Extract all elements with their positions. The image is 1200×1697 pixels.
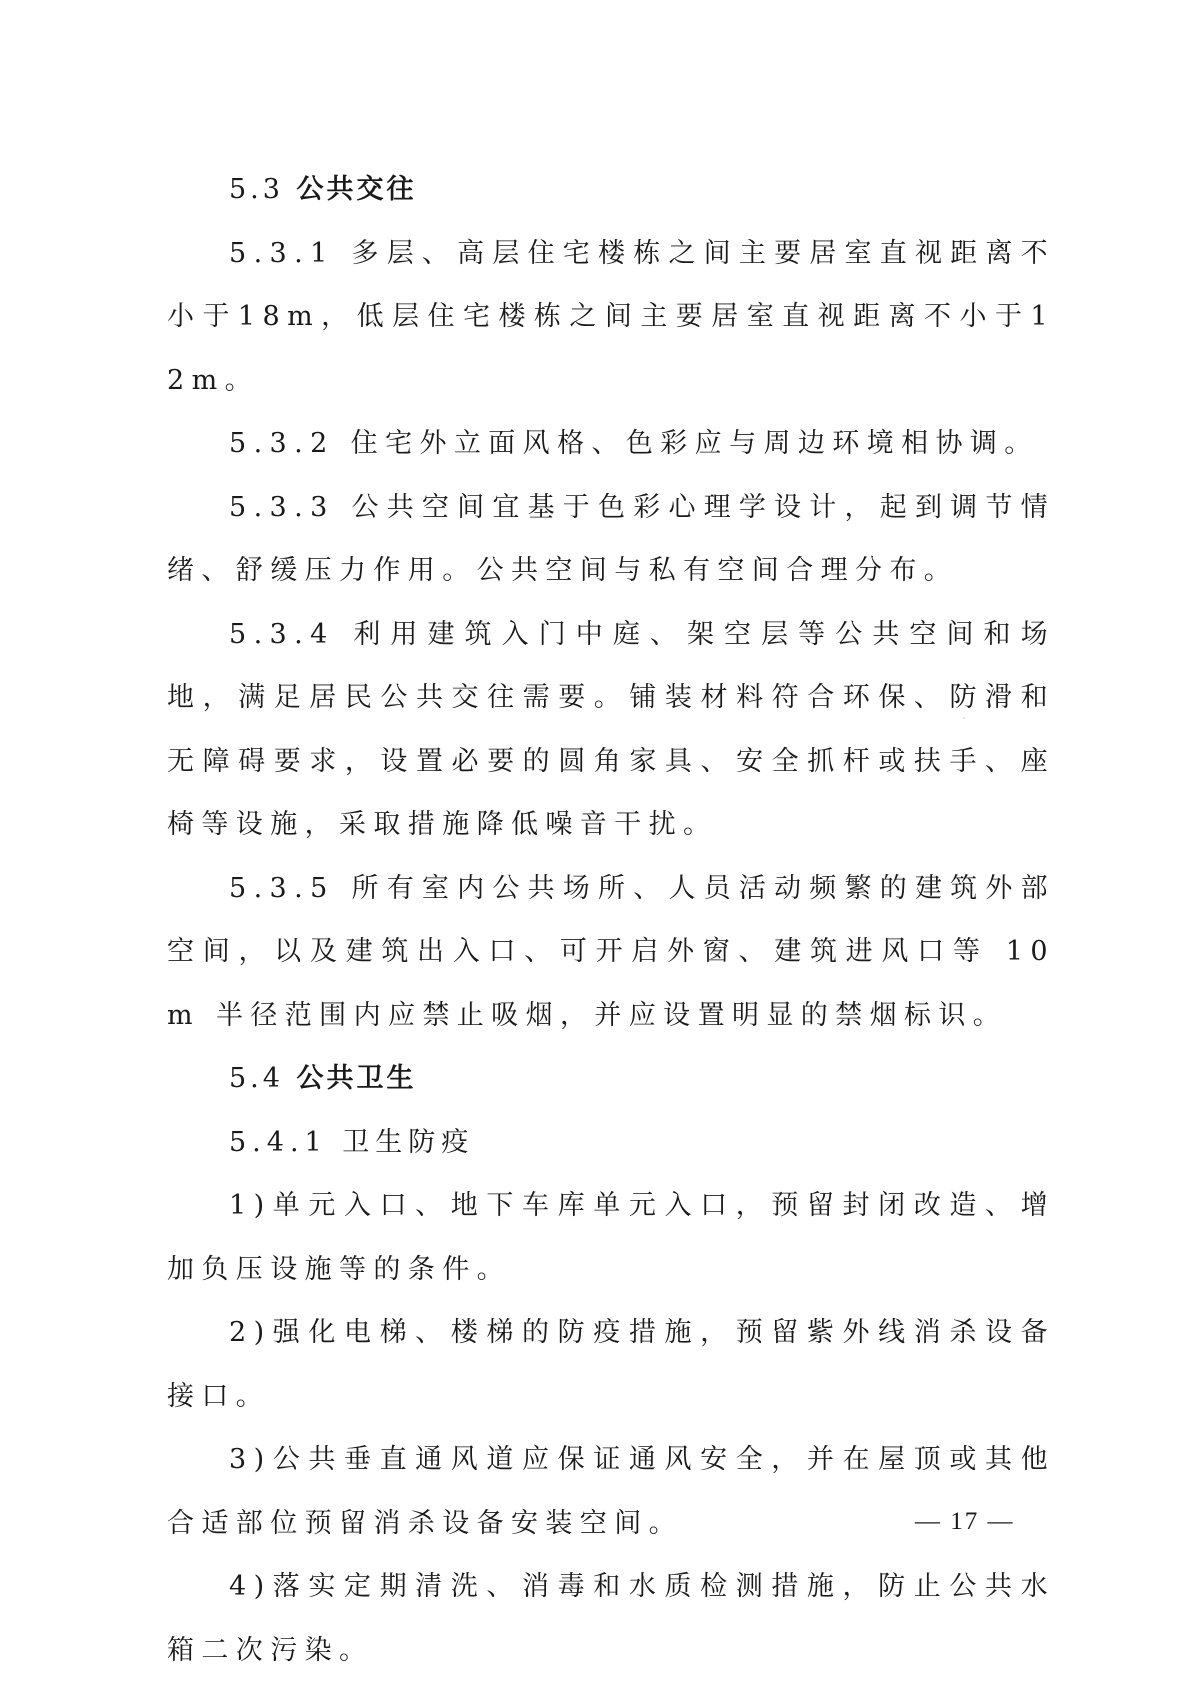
clause-5-3-1: 5.3.1 多层、高层住宅楼栋之间主要居室直视距离不小于18m，低层住宅楼栋之间… bbox=[167, 222, 1055, 413]
scan-speck bbox=[963, 717, 965, 719]
section-heading-5-3: 5.3 公共交往 bbox=[167, 158, 1055, 222]
list-item-2: 2)强化电梯、楼梯的防疫措施，预留紫外线消杀设备接口。 bbox=[167, 1301, 1055, 1428]
clause-5-3-4: 5.3.4 利用建筑入门中庭、架空层等公共空间和场地，满足居民公共交往需要。铺装… bbox=[167, 603, 1055, 857]
clause-5-3-5: 5.3.5 所有室内公共场所、人员活动频繁的建筑外部空间，以及建筑出入口、可开启… bbox=[167, 857, 1055, 1048]
list-item-1: 1)单元入口、地下车库单元入口，预留封闭改造、增加负压设施等的条件。 bbox=[167, 1174, 1055, 1301]
clause-5-3-2: 5.3.2 住宅外立面风格、色彩应与周边环境相协调。 bbox=[167, 412, 1055, 476]
clause-5-3-3: 5.3.3 公共空间宜基于色彩心理学设计，起到调节情绪、舒缓压力作用。公共空间与… bbox=[167, 476, 1055, 603]
subsection-number: 5.4.1 bbox=[229, 1127, 328, 1158]
page-content: 5.3 公共交往 5.3.1 多层、高层住宅楼栋之间主要居室直视距离不小于18m… bbox=[167, 158, 1055, 1682]
page-number: — 17 — bbox=[915, 1508, 1015, 1536]
list-item-4: 4)落实定期清洗、消毒和水质检测措施，防止公共水箱二次污染。 bbox=[167, 1555, 1055, 1682]
section-number: 5.4 bbox=[229, 1063, 284, 1094]
subsection-heading-5-4-1: 5.4.1 卫生防疫 bbox=[167, 1111, 1055, 1175]
section-title: 公共交往 bbox=[297, 174, 417, 205]
subsection-title: 卫生防疫 bbox=[342, 1127, 474, 1158]
section-number: 5.3 bbox=[229, 174, 284, 205]
document-page: 5.3 公共交往 5.3.1 多层、高层住宅楼栋之间主要居室直视距离不小于18m… bbox=[0, 0, 1200, 1697]
section-title: 公共卫生 bbox=[297, 1063, 417, 1094]
section-heading-5-4: 5.4 公共卫生 bbox=[167, 1047, 1055, 1111]
